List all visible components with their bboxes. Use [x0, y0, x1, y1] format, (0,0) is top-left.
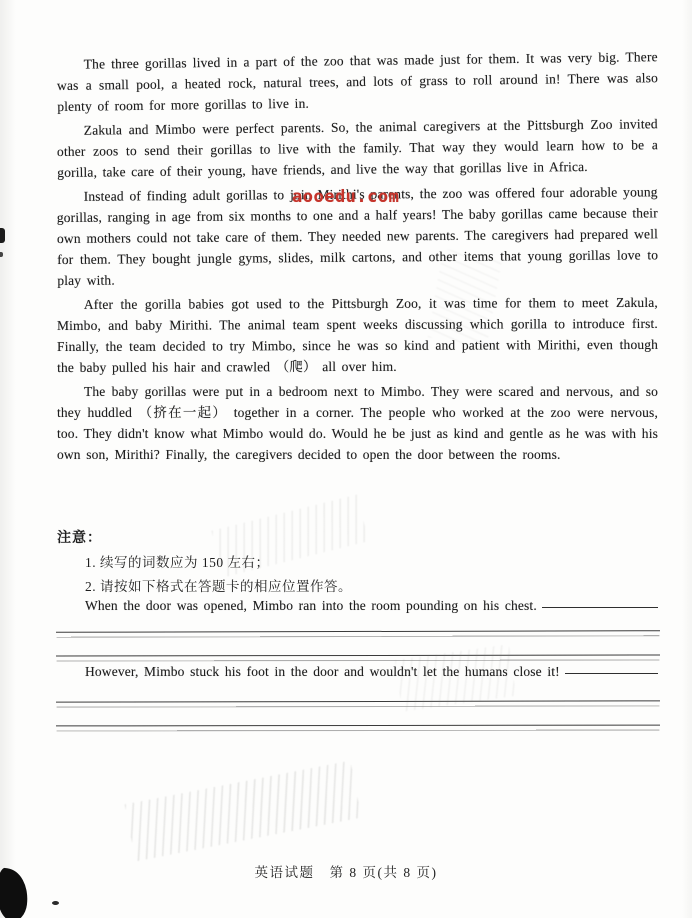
continuation-prompt-2: However, Mimbo stuck his foot in the doo…: [85, 664, 658, 680]
passage-paragraph: After the gorilla babies got used to the…: [57, 292, 658, 378]
answer-rule-line: [56, 725, 660, 731]
notes-heading: 注意：: [57, 527, 102, 547]
page-footer: 英语试题 第 8 页(共 8 页): [0, 861, 692, 881]
note-item-answer-format: 2. 请按如下格式在答题卡的相应位置作答。: [85, 575, 352, 595]
passage-paragraph: The baby gorillas were put in a bedroom …: [57, 381, 658, 465]
answer-blank-line: [565, 673, 658, 674]
scan-edge-mark: [0, 252, 3, 257]
scan-speck: [52, 901, 59, 905]
scan-edge-mark: [0, 228, 5, 243]
scan-smudge: [211, 495, 368, 578]
site-watermark: aooedu.com: [292, 187, 399, 207]
continuation-prompt-1: When the door was opened, Mimbo ran into…: [85, 598, 658, 614]
passage-paragraph: Zakula and Mimbo were perfect parents. S…: [57, 113, 659, 183]
answer-rule-line: [56, 654, 660, 660]
answer-rule-line: [56, 700, 660, 706]
continuation-prompt-1-text: When the door was opened, Mimbo ran into…: [85, 598, 537, 614]
answer-rule-line: [56, 630, 660, 637]
scan-smudge: [125, 761, 362, 862]
reading-passage: The three gorillas lived in a part of th…: [57, 54, 658, 468]
answer-blank-line: [542, 607, 658, 608]
scanned-exam-page: The three gorillas lived in a part of th…: [0, 0, 692, 918]
passage-paragraph: The three gorillas lived in a part of th…: [57, 46, 659, 117]
